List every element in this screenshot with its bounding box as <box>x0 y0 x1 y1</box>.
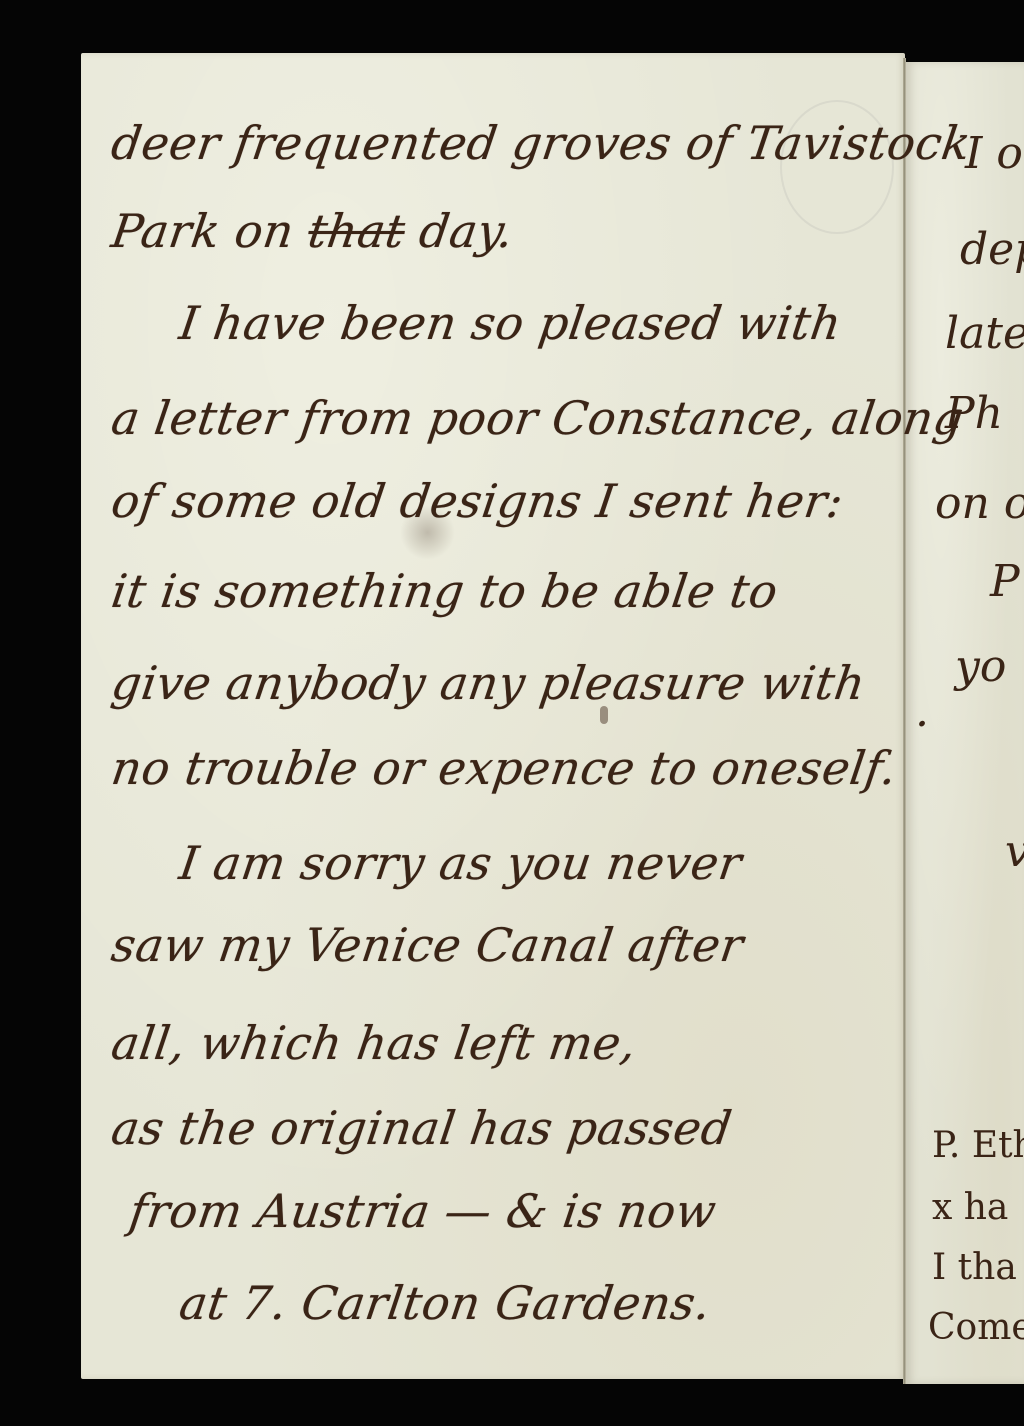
letter-line: it is something to be able to <box>109 568 781 614</box>
letter-line: Park on that day. <box>109 208 517 254</box>
right-page-line: yo <box>955 645 1006 689</box>
right-page-line: dep <box>960 228 1024 272</box>
letter-line: give anybody any pleasure with <box>109 660 868 706</box>
right-page-line: Ph <box>945 392 1003 436</box>
struck-out-word: that <box>305 204 409 258</box>
right-page-line: . <box>915 690 929 734</box>
letter-line: I have been so pleased with <box>177 300 845 346</box>
right-page-line: late <box>945 312 1024 356</box>
right-page-line: I tha <box>932 1250 1017 1286</box>
right-page-line: P <box>990 560 1020 604</box>
letter-line: of some old designs I sent her: <box>109 478 847 524</box>
letter-line: I am sorry as you never <box>177 840 745 886</box>
right-page-line: on o <box>935 482 1024 526</box>
right-page-line: x ha <box>932 1190 1008 1226</box>
right-page-line: v <box>1005 830 1024 874</box>
letter-line: a letter from poor Constance, along <box>109 395 967 441</box>
letter-line: no trouble or expence to oneself. <box>109 745 900 791</box>
letter-text: Park on <box>108 204 312 258</box>
letter-line: at 7. Carlton Gardens. <box>177 1280 714 1326</box>
letter-text: day. <box>401 204 517 258</box>
letter-line: as the original has passed <box>109 1105 735 1151</box>
letter-line: deer frequented groves of Tavistock <box>109 120 974 166</box>
right-page-line: I o <box>965 132 1023 176</box>
letter-line: all, which has left me, <box>109 1020 640 1066</box>
right-page-line: Come <box>928 1310 1024 1346</box>
right-page-line: P. Eth <box>932 1128 1024 1164</box>
letter-line: saw my Venice Canal after <box>109 922 747 968</box>
letter-line: from Austria — & is now <box>127 1188 719 1234</box>
page-fold <box>903 58 906 1384</box>
